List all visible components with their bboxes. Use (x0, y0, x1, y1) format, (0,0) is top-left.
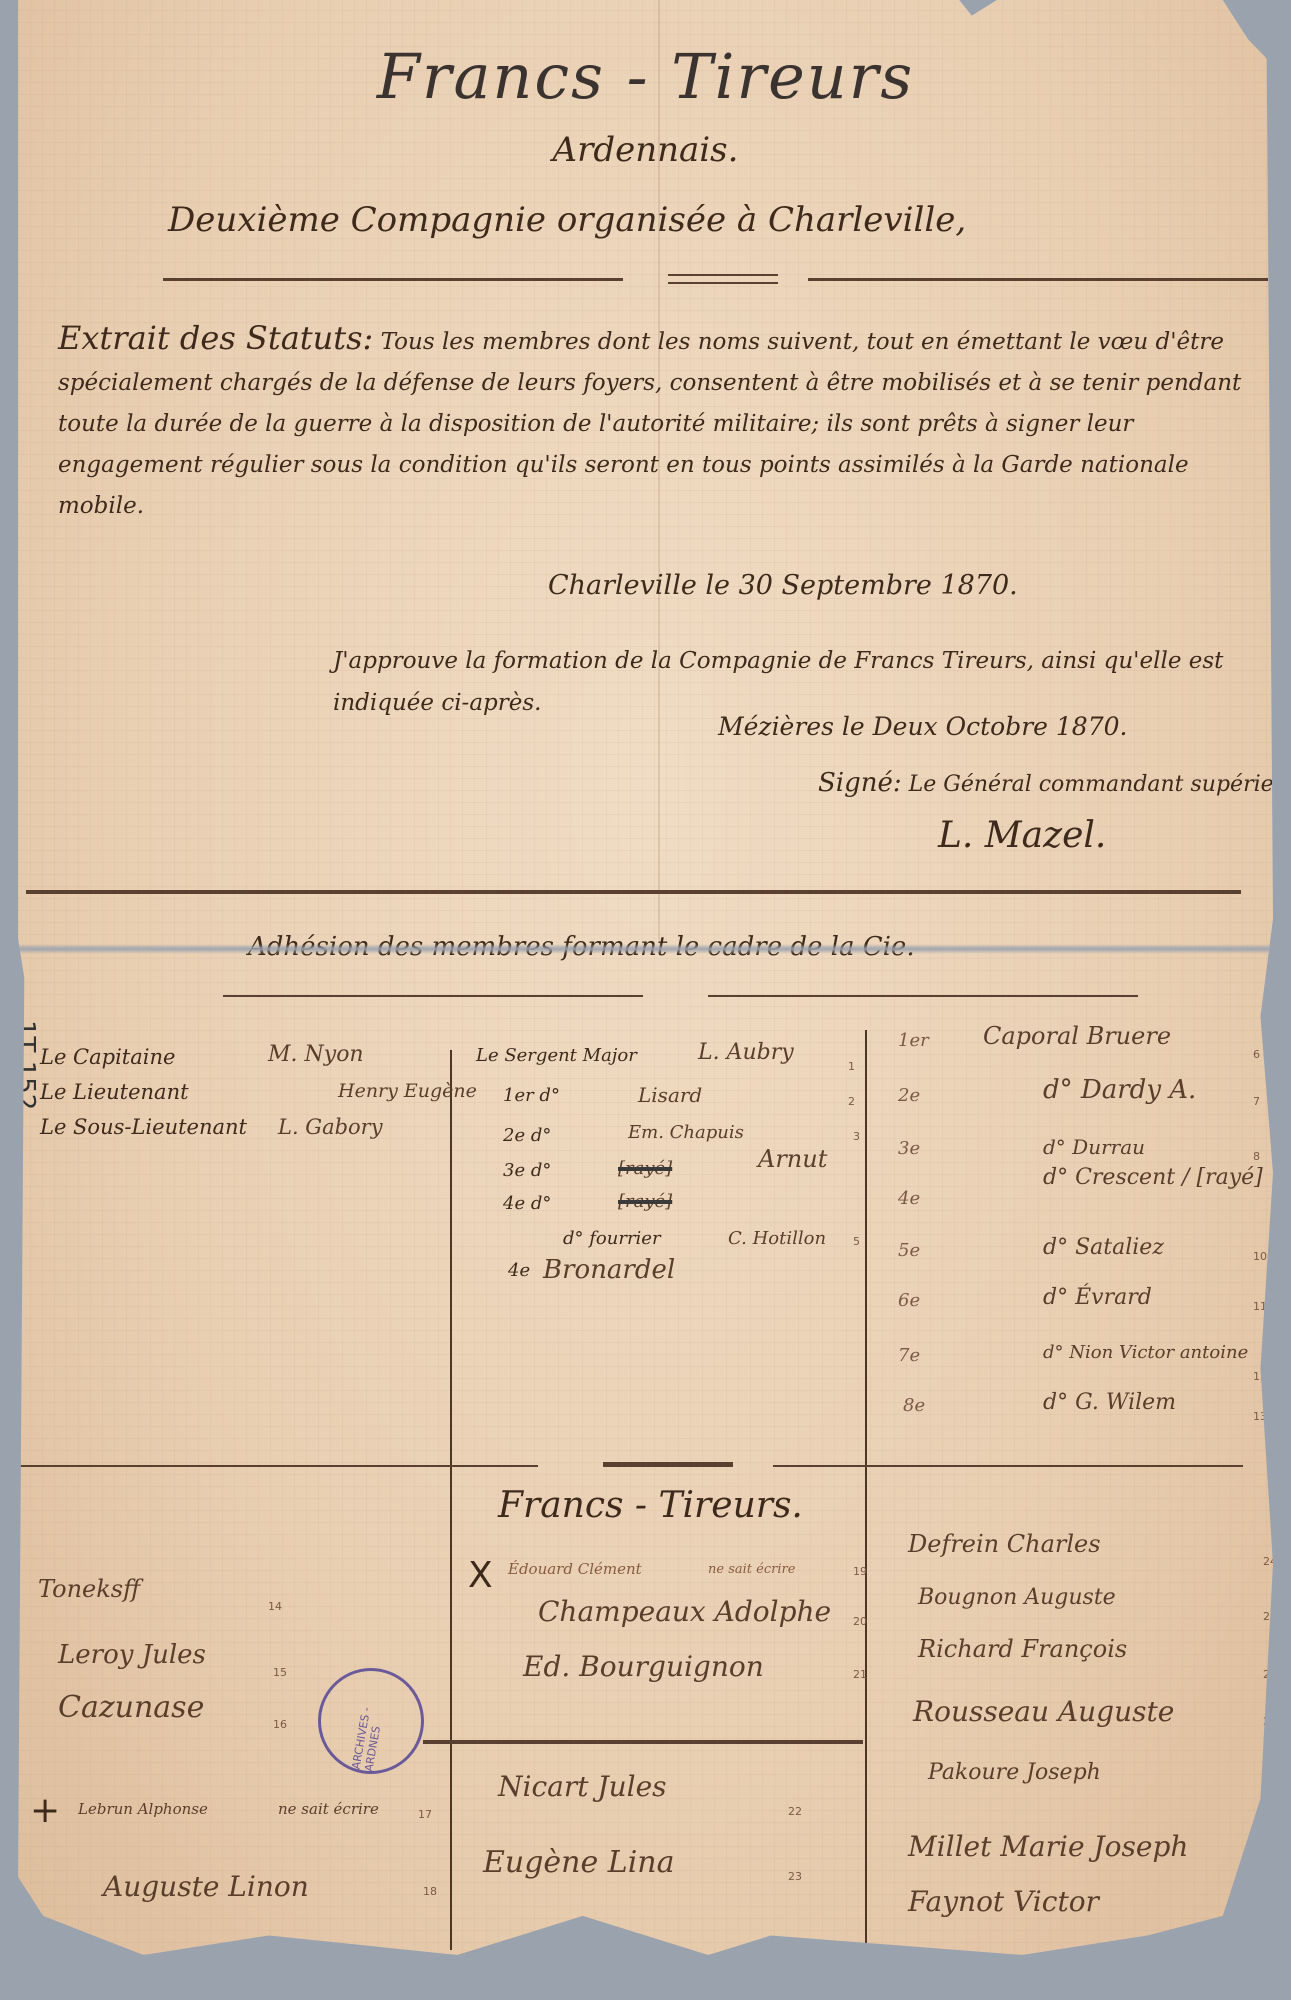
section2-title: Francs - Tireurs. (498, 1485, 803, 1526)
member-signature: Lebrun Alphonse (78, 1800, 208, 1818)
statute-text: Tous les membres dont les noms suivent, … (58, 329, 1241, 519)
sergeant-rank: 3e d° (503, 1160, 551, 1181)
divider-center (668, 274, 778, 284)
member-signature: Eugène Lina (483, 1845, 675, 1880)
entry-number: 23 (788, 1870, 802, 1883)
entry-number: 25 (1263, 1610, 1277, 1623)
cross-mark: + (30, 1790, 60, 1831)
sergeant-rank: 2e d° (503, 1125, 551, 1146)
cross-mark: X (468, 1555, 493, 1596)
company-line: Deuxième Compagnie organisée à Charlevil… (168, 200, 966, 240)
sergeant-rank: d° fourrier (563, 1228, 661, 1249)
document-sheet: Francs - Tireurs Ardennais. Deuxième Com… (18, 0, 1273, 1955)
member-signature: Cazunase (58, 1690, 204, 1725)
entry-number: 18 (423, 1885, 437, 1898)
entry-number: 29 (1263, 1855, 1277, 1868)
corporal-rank: 7e (898, 1345, 920, 1366)
officer-rank: Le Capitaine (40, 1045, 175, 1069)
corporal-rank: 4e (898, 1188, 920, 1209)
member-signature: Millet Marie Joseph (908, 1830, 1188, 1863)
entry-number: 10 (1253, 1250, 1267, 1263)
approval-date: Mézières le Deux Octobre 1870. (718, 712, 1127, 741)
corporal-signature: Caporal Bruere (983, 1022, 1171, 1050)
divider (18, 1465, 538, 1467)
corporal-signature: d° G. Wilem (1043, 1390, 1176, 1415)
signed-line: Signé: Le Général commandant supérieur (818, 768, 1291, 798)
corporal-rank: 6e (898, 1290, 920, 1311)
entry-number: 6 (1253, 1048, 1260, 1061)
corporal-signature: d° Crescent / [rayé] (1043, 1165, 1263, 1190)
general-signature: L. Mazel. (938, 815, 1106, 856)
entry-number: 3 (853, 1130, 860, 1143)
officer-signature: M. Nyon (268, 1042, 364, 1067)
entry-number: 15 (273, 1666, 287, 1679)
member-signature: Champeaux Adolphe (538, 1595, 831, 1628)
struck-name: [rayé] (618, 1191, 863, 1212)
entry-number: 26 (1263, 1668, 1277, 1681)
divider (708, 995, 1138, 997)
illiterate-note: ne sait écrire (278, 1800, 379, 1818)
statute-date: Charleville le 30 Septembre 1870. (548, 570, 1018, 601)
column-line (865, 1030, 867, 1950)
entry-number: 24 (1263, 1555, 1277, 1568)
entry-number: 13 (1253, 1410, 1267, 1423)
member-signature: Leroy Jules (58, 1640, 206, 1670)
paper-tear (18, 944, 1273, 954)
member-signature: Toneksff (38, 1575, 140, 1603)
sergeant-signature: Em. Chapuis (628, 1122, 744, 1143)
entry-number: 28 (1263, 1785, 1277, 1798)
sergeant-rank: 4e (508, 1260, 530, 1281)
divider-center (603, 1462, 733, 1467)
archive-stamp: ARCHIVES - ARDNES (310, 1660, 433, 1783)
entry-number: 20 (853, 1615, 867, 1628)
corporal-signature: d° Évrard (1043, 1285, 1152, 1310)
corporal-signature: d° Durrau (1043, 1135, 1145, 1159)
member-signature: Faynot Victor (908, 1885, 1099, 1918)
entry-number: 22 (788, 1805, 802, 1818)
sergeant-signature: Bronardel (543, 1255, 675, 1285)
document-subtitle: Ardennais. (18, 130, 1273, 170)
divider (808, 278, 1268, 281)
divider (223, 995, 643, 997)
entry-number: 17 (418, 1808, 432, 1821)
divider (163, 278, 623, 281)
member-signature: Defrein Charles (908, 1530, 1101, 1558)
member-signature: Bougnon Auguste (918, 1585, 1116, 1610)
member-signature: Rousseau Auguste (913, 1695, 1174, 1728)
corporal-rank: 5e (898, 1240, 920, 1261)
sergeant-signature: L. Aubry (698, 1040, 794, 1065)
statute-lead: Extrait des Statuts: (58, 319, 373, 357)
officer-signature: L. Gabory (278, 1115, 383, 1139)
sergeant-signature: C. Hotillon (728, 1228, 826, 1249)
entry-number: 1 (848, 1060, 855, 1073)
officer-rank: Le Sous-Lieutenant (40, 1115, 247, 1139)
illiterate-note: ne sait écrire (708, 1562, 795, 1577)
officer-rank: Le Lieutenant (40, 1080, 189, 1104)
member-signature: Auguste Linon (103, 1870, 309, 1903)
entry-number: 5 (853, 1235, 860, 1248)
signed-label: Signé: (818, 768, 902, 798)
section-divider (26, 890, 1241, 894)
member-signature: Ed. Bourguignon (523, 1650, 764, 1683)
archive-reference: 1T 152 (10, 1020, 40, 1110)
struck-name: [rayé] (618, 1158, 672, 1179)
sergeant-rank: 1er d° (503, 1085, 560, 1106)
entry-number: 27 (1263, 1715, 1277, 1728)
entry-number: 2 (848, 1095, 855, 1108)
corporal-signature: d° Dardy A. (1043, 1075, 1196, 1105)
corporal-rank: 8e (903, 1395, 925, 1416)
stamp-text: ARCHIVES - ARDNES (350, 1670, 393, 1773)
corporal-signature: d° Nion Victor antoine (1043, 1342, 1248, 1363)
corporal-signature: d° Sataliez (1043, 1235, 1164, 1260)
member-signature: Pakoure Joseph (928, 1760, 1101, 1785)
sergeant-signature: Arnut (758, 1145, 827, 1173)
document-title: Francs - Tireurs (18, 40, 1273, 113)
corporal-rank: 1er (898, 1030, 929, 1051)
corporal-rank: 2e (898, 1085, 920, 1106)
officer-signature: Henry Eugène (338, 1080, 477, 1102)
divider (773, 1465, 1243, 1467)
member-signature: Nicart Jules (498, 1770, 667, 1803)
divider (423, 1740, 863, 1744)
sergeant-signature: Lisard (638, 1083, 702, 1107)
sergeant-rank: Le Sergent Major (476, 1045, 637, 1066)
entry-number: 14 (268, 1600, 282, 1613)
member-signature: Édouard Clément (508, 1560, 642, 1578)
entry-number: 8 (1253, 1150, 1260, 1163)
entry-number: 19 (853, 1565, 867, 1578)
entry-number: 12 (1253, 1370, 1267, 1383)
entry-number: 7 (1253, 1095, 1260, 1108)
column-line (450, 1050, 452, 1950)
entry-number: 16 (273, 1718, 287, 1731)
entry-number: 21 (853, 1668, 867, 1681)
signed-title: Le Général commandant supérieur (909, 772, 1291, 797)
member-signature: Richard François (918, 1635, 1127, 1663)
corporal-rank: 3e (898, 1138, 920, 1159)
entry-number: 11 (1253, 1300, 1267, 1313)
entry-number: 30 (1263, 1915, 1277, 1928)
sergeant-rank: 4e d° (503, 1193, 551, 1214)
statute-extract: Extrait des Statuts: Tous les membres do… (58, 318, 1258, 527)
